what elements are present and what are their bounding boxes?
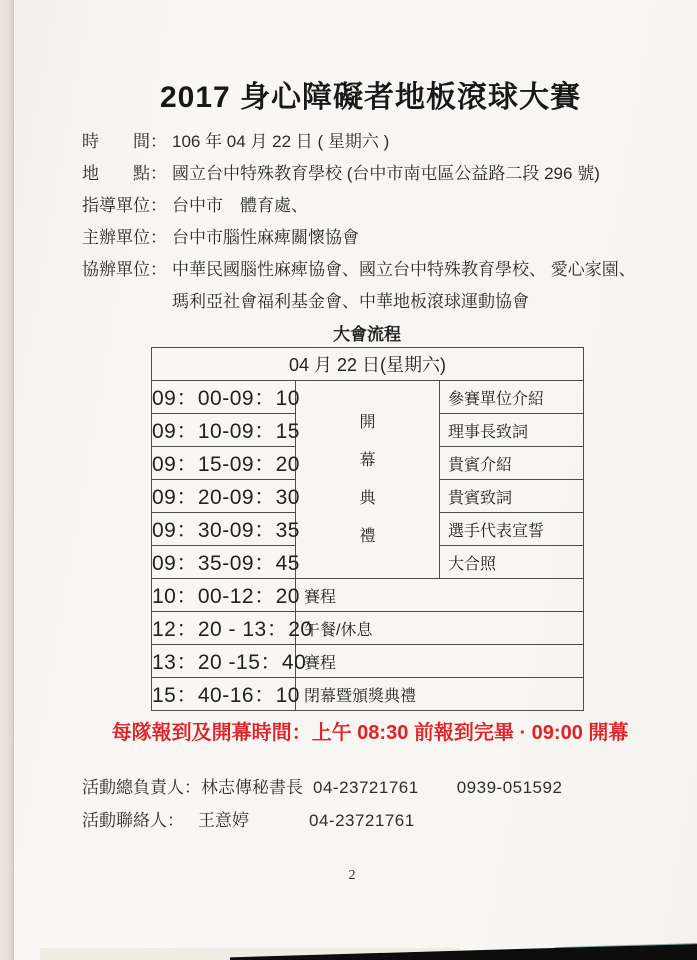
- contact-mobile: 0939-051592: [457, 771, 563, 804]
- info-value: 國立台中特殊教育學校 (台中市南屯區公益路二段 296 號): [172, 164, 600, 183]
- info-label: 協辦單位：: [82, 254, 172, 286]
- activity-cell: 大合照: [440, 546, 584, 579]
- activity-cell: 貴賓介紹: [440, 447, 584, 480]
- time-cell: 12：20 - 13：20: [152, 612, 296, 645]
- schedule-table: 04 月 22 日(星期六) 09：00-09：10 開幕典禮 參賽單位介紹 0…: [151, 347, 584, 711]
- contact-name: 王意婷: [198, 804, 249, 837]
- info-value: 瑪利亞社會福利基金會、中華地板滾球運動協會: [172, 292, 529, 311]
- info-line-advisor: 指導單位：台中市 體育處、: [82, 190, 622, 222]
- activity-cell: 賽程: [296, 579, 584, 612]
- table-row: 09：00-09：10 開幕典禮 參賽單位介紹: [152, 381, 584, 414]
- page-number: 2: [0, 868, 697, 884]
- activity-cell: 參賽單位介紹: [440, 381, 584, 414]
- info-label: 主辦單位：: [82, 222, 172, 254]
- time-cell: 15：40-16：10: [152, 678, 296, 711]
- time-cell: 09：00-09：10: [152, 381, 296, 414]
- contact-block: 活動總負責人：林志傳秘書長04-237217610939-051592 活動聯絡…: [82, 771, 642, 837]
- time-cell: 09：15-09：20: [152, 447, 296, 480]
- activity-cell: 理事長致詞: [440, 414, 584, 447]
- info-line-location: 地 點：國立台中特殊教育學校 (台中市南屯區公益路二段 296 號): [82, 158, 622, 190]
- activity-cell: 午餐/休息: [296, 612, 584, 645]
- time-cell: 09：20-09：30: [152, 480, 296, 513]
- table-row: 12：20 - 13：20 午餐/休息: [152, 612, 584, 645]
- scan-left-edge-band: [0, 0, 14, 960]
- event-info-block: 時 間：106 年 04 月 22 日 ( 星期六 ) 地 點：國立台中特殊教育…: [82, 126, 622, 318]
- info-label: 指導單位：: [82, 190, 172, 222]
- info-value: 台中市腦性麻痺關懷協會: [172, 228, 359, 247]
- scanned-document-page: 2017 身心障礙者地板滾球大賽 時 間：106 年 04 月 22 日 ( 星…: [0, 0, 697, 960]
- info-line-cohost-continued: 瑪利亞社會福利基金會、中華地板滾球運動協會: [82, 286, 622, 318]
- info-line-organizer: 主辦單位：台中市腦性麻痺關懷協會: [82, 222, 622, 254]
- date-header-cell: 04 月 22 日(星期六): [152, 348, 584, 381]
- schedule-heading: 大會流程: [151, 320, 583, 345]
- ceremony-cell: 開幕典禮: [296, 381, 440, 579]
- info-label: 地 點：: [82, 158, 172, 190]
- activity-cell: 閉幕暨頒獎典禮: [296, 678, 584, 711]
- time-cell: 09：35-09：45: [152, 546, 296, 579]
- contact-name: 林志傳秘書長: [201, 778, 303, 797]
- table-row: 13：20 -15：40 賽程: [152, 645, 584, 678]
- time-cell: 10：00-12：20: [152, 579, 296, 612]
- info-line-cohost: 協辦單位：中華民國腦性麻痺協會、國立台中特殊教育學校、 愛心家園、: [82, 254, 622, 286]
- contact-phone: 04-23721761: [309, 804, 415, 837]
- contact-phone: 04-23721761: [313, 771, 419, 804]
- info-label: 時 間：: [82, 126, 172, 158]
- table-row: 15：40-16：10 閉幕暨頒獎典禮: [152, 678, 584, 711]
- table-header-row: 04 月 22 日(星期六): [152, 348, 584, 381]
- contact-line-liaison: 活動聯絡人：王意婷04-23721761: [82, 804, 642, 837]
- info-value: 台中市 體育處、: [172, 196, 308, 215]
- info-value: 106 年 04 月 22 日 ( 星期六 ): [172, 132, 389, 151]
- activity-cell: 賽程: [296, 645, 584, 678]
- document-title: 2017 身心障礙者地板滾球大賽: [44, 72, 697, 116]
- contact-line-director: 活動總負責人：林志傳秘書長04-237217610939-051592: [82, 771, 642, 804]
- time-cell: 09：30-09：35: [152, 513, 296, 546]
- contact-label: 活動總負責人：: [82, 778, 201, 797]
- contact-label: 活動聯絡人：: [82, 811, 184, 830]
- time-cell: 09：10-09：15: [152, 414, 296, 447]
- info-line-time: 時 間：106 年 04 月 22 日 ( 星期六 ): [82, 126, 622, 158]
- activity-cell: 貴賓致詞: [440, 480, 584, 513]
- activity-cell: 選手代表宣誓: [440, 513, 584, 546]
- table-row: 10：00-12：20 賽程: [152, 579, 584, 612]
- ceremony-label: 開幕典禮: [359, 404, 376, 556]
- checkin-notice-text: 每隊報到及開幕時間：上午 08:30 前報到完畢 · 09:00 開幕: [41, 716, 697, 745]
- time-cell: 13：20 -15：40: [152, 645, 296, 678]
- info-value: 中華民國腦性麻痺協會、國立台中特殊教育學校、 愛心家園、: [172, 260, 636, 279]
